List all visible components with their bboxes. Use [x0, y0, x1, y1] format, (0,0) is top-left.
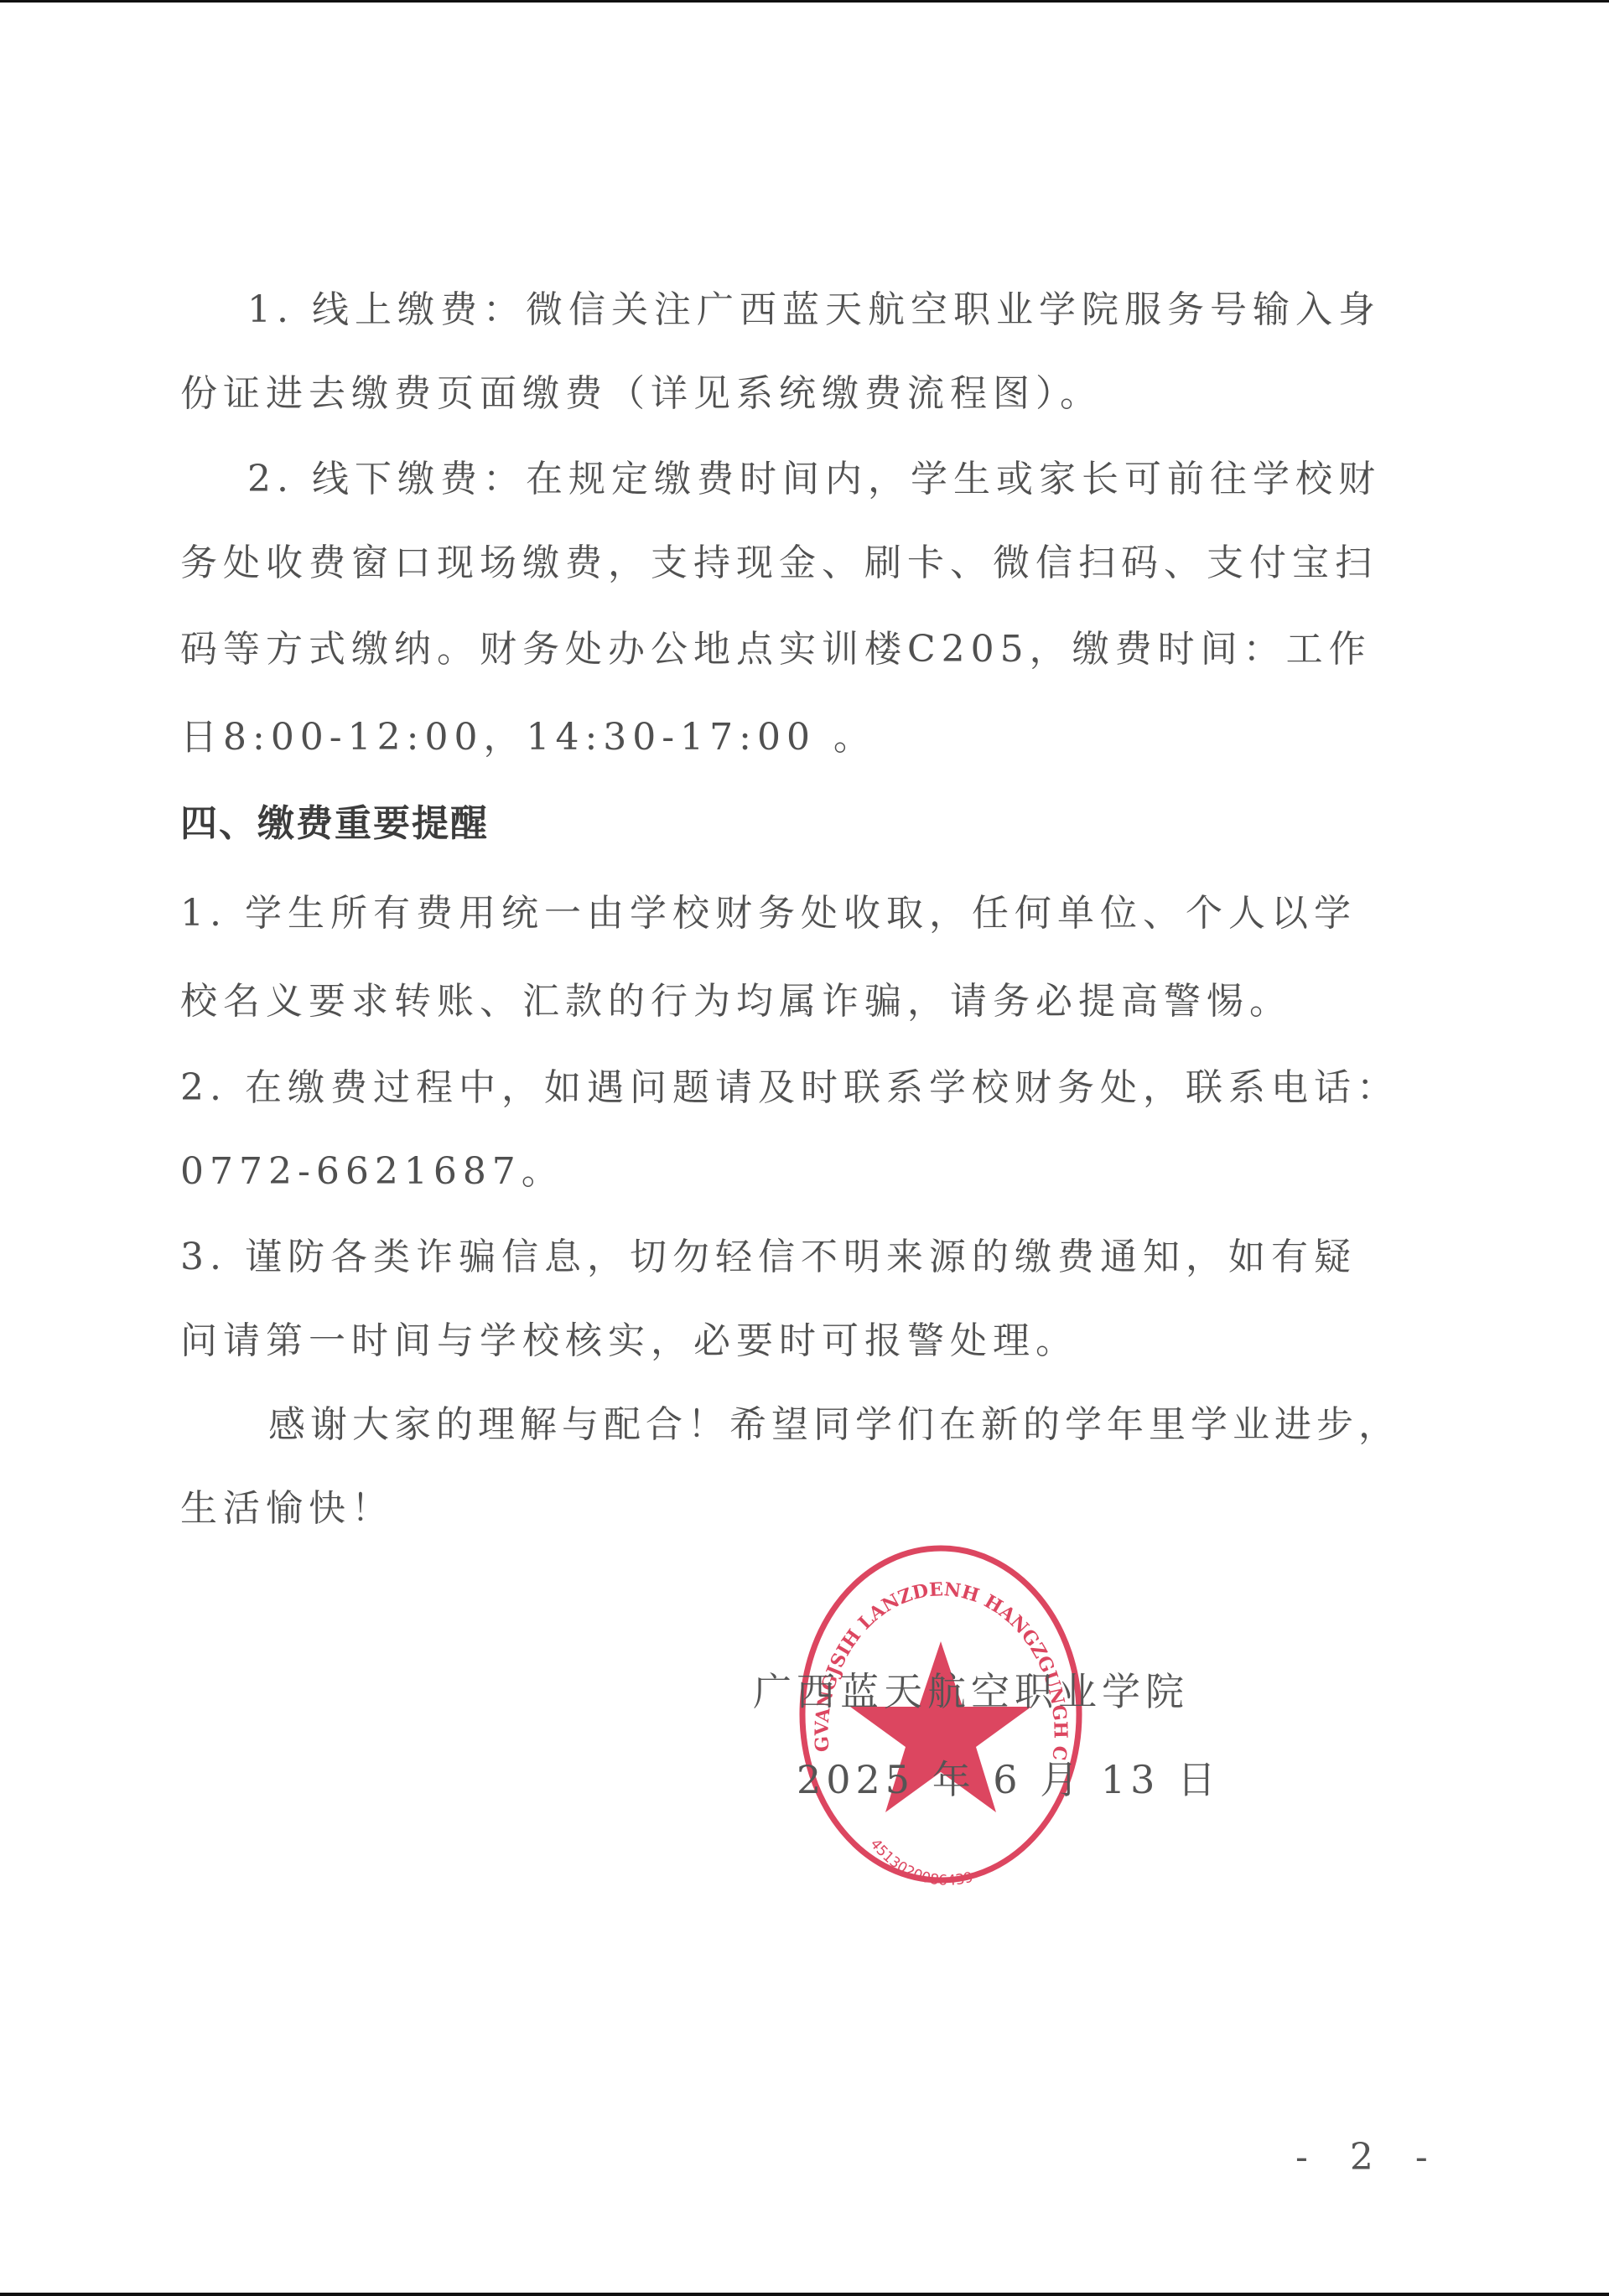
- reminder-1-line-2: 校名义要求转账、汇款的行为均属诈骗，请务必提高警惕。: [180, 977, 1413, 1027]
- signature-date: 2025 年 6 月 13 日: [797, 1749, 1221, 1805]
- closing-line-2: 生活愉快！: [180, 1484, 1413, 1534]
- closing-line-1: 感谢大家的理解与配合！希望同学们在新的学年里学业进步，: [268, 1400, 1501, 1450]
- paragraph-online-payment-line-2: 份证进去缴费页面缴费（详见系统缴费流程图）。: [180, 369, 1413, 419]
- page-bottom-edge: [0, 2293, 1609, 2296]
- paragraph-offline-payment-line-3: 码等方式缴纳。财务处办公地点实训楼C205，缴费时间：工作: [180, 625, 1413, 675]
- signature-institution: 广西蓝天航空职业学院: [753, 1661, 1189, 1717]
- reminder-2-phone: 0772-6621687。: [180, 1147, 1413, 1197]
- reminder-3-line-2: 问请第一时间与学校核实，必要时可报警处理。: [180, 1316, 1413, 1366]
- paragraph-offline-payment-line-2: 务处收费窗口现场缴费，支持现金、刷卡、微信扫码、支付宝扫: [180, 538, 1413, 588]
- page-top-edge: [0, 0, 1609, 3]
- paragraph-online-payment-line-1: 1. 线上缴费：微信关注广西蓝天航空职业学院服务号输入身: [247, 285, 1480, 335]
- section-heading: 四、缴费重要提醒: [180, 799, 1413, 849]
- reminder-2-line-1: 2. 在缴费过程中，如遇问题请及时联系学校财务处，联系电话：: [180, 1063, 1413, 1113]
- svg-text:4513020086439: 4513020086439: [866, 1836, 974, 1886]
- reminder-1-line-1: 1. 学生所有费用统一由学校财务处收取，任何单位、个人以学: [180, 889, 1413, 939]
- reminder-3-line-1: 3. 谨防各类诈骗信息，切勿轻信不明来源的缴费通知，如有疑: [180, 1232, 1413, 1283]
- page-number: - 2 -: [1295, 2136, 1443, 2179]
- paragraph-offline-payment-line-4: 日8:00-12:00，14:30-17:00 。: [180, 713, 1413, 763]
- paragraph-offline-payment-line-1: 2. 线下缴费：在规定缴费时间内，学生或家长可前往学校财: [247, 454, 1480, 505]
